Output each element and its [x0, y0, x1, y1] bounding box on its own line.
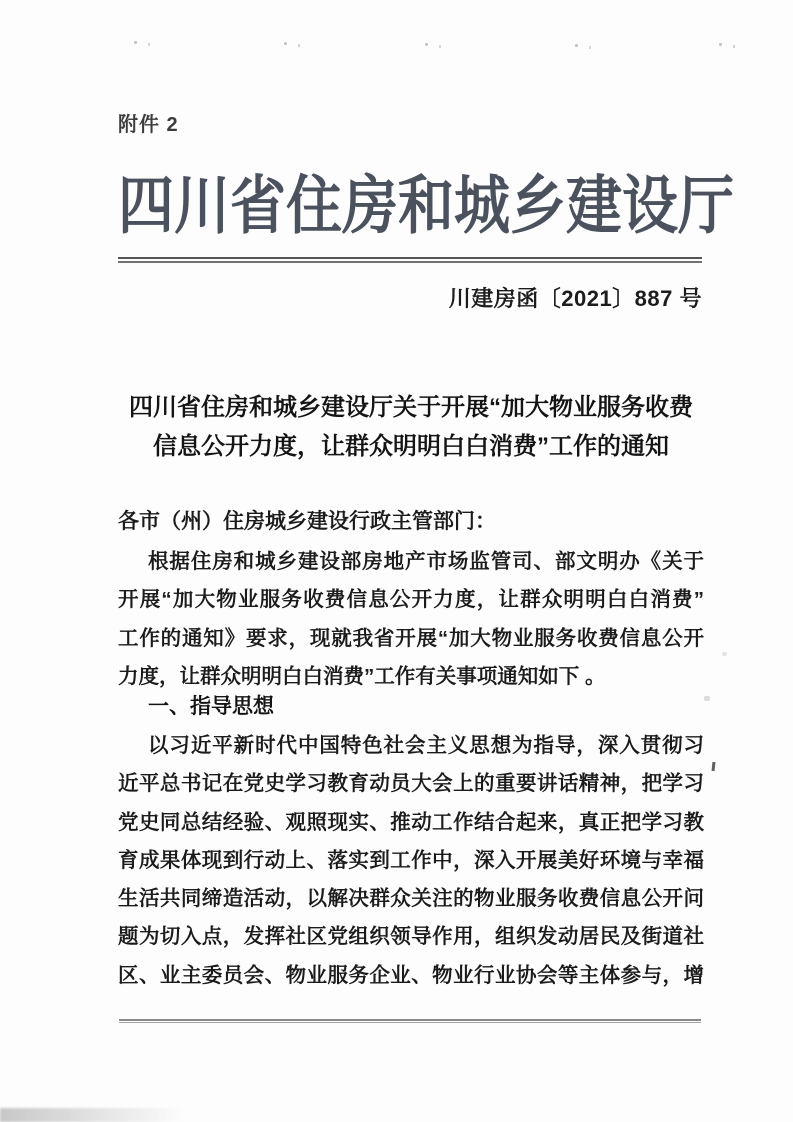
bottom-rule	[119, 1019, 701, 1023]
paragraph-2: 以习近平新时代中国特色社会主义思想为指导，深入贯彻习 近平总书记在党史学习教育动…	[118, 727, 704, 995]
body-line: 党史同总结经验、观照现实、推动工作结合起来，真正把学习教	[118, 804, 704, 842]
letterhead-rule	[118, 257, 702, 263]
salutation: 各市（州）住房城乡建设行政主管部门：	[118, 505, 496, 535]
scan-mark	[712, 762, 716, 771]
letterhead-title: 四川省住房和城乡建设厅	[118, 174, 702, 238]
doc-title-line-2: 信息公开力度，让群众明明白白消费”工作的通知	[100, 428, 722, 467]
doc-title-line-1: 四川省住房和城乡建设厅关于开展“加大物业服务收费	[100, 389, 722, 428]
body-line: 以习近平新时代中国特色社会主义思想为指导，深入贯彻习	[118, 727, 704, 765]
doc-title: 四川省住房和城乡建设厅关于开展“加大物业服务收费 信息公开力度，让群众明明白白消…	[100, 389, 722, 466]
scan-speck	[425, 43, 428, 46]
body-line: 题为切入点，发挥社区党组织领导作用，组织发动居民及街道社	[118, 918, 704, 956]
scan-mark	[704, 696, 710, 701]
body-line: 生活共同缔造活动，以解决群众关注的物业服务收费信息公开问	[118, 880, 704, 918]
body-line: 育成果体现到行动上、落实到工作中，深入开展美好环境与幸福	[118, 842, 704, 880]
section-heading: 一、指导思想	[118, 690, 704, 720]
body-line: 开展“加大物业服务收费信息公开力度，让群众明明白白消费”	[118, 581, 704, 619]
scan-smudge	[0, 1108, 185, 1122]
scan-speck	[575, 44, 578, 47]
body-line: 区、业主委员会、物业服务企业、物业行业协会等主体参与，增	[118, 957, 704, 995]
scan-mark	[722, 652, 727, 656]
body-line: 工作的通知》要求，现就我省开展“加大物业服务收费信息公开	[118, 620, 704, 658]
attachment-label: 附件 2	[118, 108, 179, 137]
paragraph-1: 根据住房和城乡建设部房地产市场监管司、部文明办《关于 开展“加大物业服务收费信息…	[118, 543, 704, 696]
scan-speck	[284, 42, 287, 45]
body-line: 近平总书记在党史学习教育动员大会上的重要讲话精神，把学习	[118, 765, 704, 803]
body-line: 根据住房和城乡建设部房地产市场监管司、部文明办《关于	[118, 543, 704, 581]
scan-speck	[719, 43, 722, 46]
document-page: 附件 2 四川省住房和城乡建设厅 川建房函〔2021〕887 号 四川省住房和城…	[0, 0, 793, 1122]
doc-number: 川建房函〔2021〕887 号	[118, 282, 702, 313]
scan-speck	[134, 41, 137, 44]
